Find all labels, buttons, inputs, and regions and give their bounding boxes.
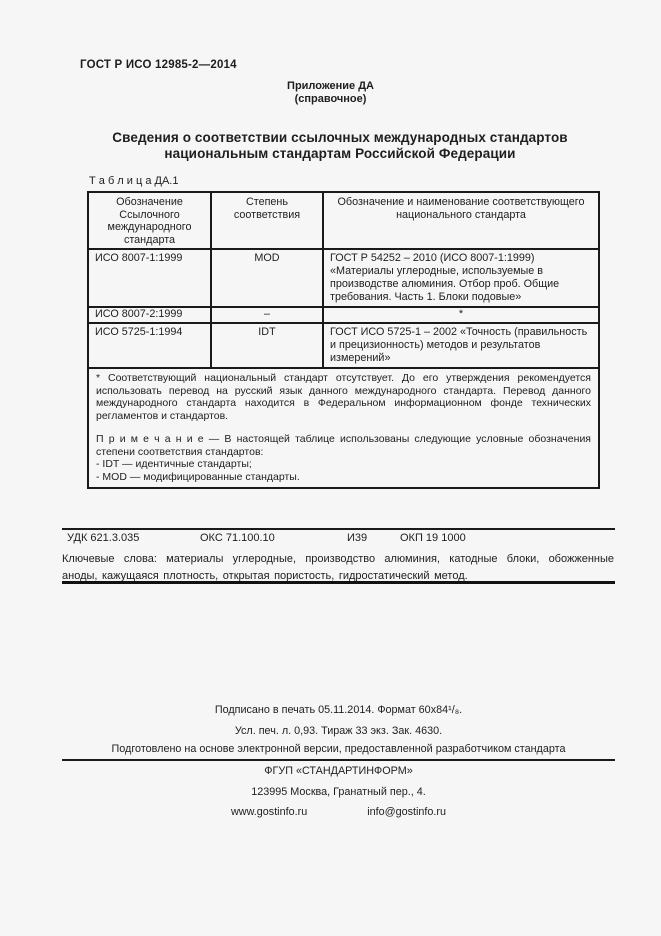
izd-code: И39 <box>347 532 367 544</box>
note-item-mod: - MOD — модифицированные стандарты. <box>96 471 591 484</box>
cell-intl-standard: ИСО 5725-1:1994 <box>88 323 211 368</box>
note-item-idt: - IDT — идентичные стандарты; <box>96 458 591 471</box>
table-row: ИСО 5725-1:1994 IDT ГОСТ ИСО 5725-1 – 20… <box>88 323 599 368</box>
document-page: ГОСТ Р ИСО 12985-2—2014 Приложение ДА (с… <box>0 0 661 936</box>
table-caption: Т а б л и ц а ДА.1 <box>89 175 178 187</box>
table-header-row: Обозначение Ссылочного международного ст… <box>88 192 599 249</box>
imprint-print-info: Подписано в печать 05.11.2014. Формат 60… <box>62 704 615 717</box>
imprint-org: ФГУП «СТАНДАРТИНФОРМ» <box>62 765 615 778</box>
cell-degree: – <box>211 307 323 323</box>
appendix-title: Приложение ДА <box>0 80 661 93</box>
table-footnote-row: * Соответствующий национальный стандарт … <box>88 368 599 488</box>
imprint-address: 123995 Москва, Гранатный пер., 4. <box>62 786 615 799</box>
keywords-text: Ключевые слова: материалы углеродные, пр… <box>62 551 614 584</box>
page-title-line2: национальным стандартам Российской Федер… <box>30 146 650 162</box>
appendix-heading: Приложение ДА (справочное) <box>0 80 661 106</box>
cell-intl-standard: ИСО 8007-2:1999 <box>88 307 211 323</box>
cell-national-standard: ГОСТ Р 54252 – 2010 (ИСО 8007-1:1999) «М… <box>323 249 599 307</box>
classification-codes: УДК 621.3.035 ОКС 71.100.10 И39 ОКП 19 1… <box>0 532 661 546</box>
doc-code: ГОСТ Р ИСО 12985-2—2014 <box>80 59 237 71</box>
oks-code: ОКС 71.100.10 <box>200 532 275 544</box>
cell-national-standard: ГОСТ ИСО 5725-1 – 2002 «Точность (правил… <box>323 323 599 368</box>
note-text: П р и м е ч а н и е — В настоящей таблиц… <box>96 433 591 458</box>
imprint-divider <box>62 759 615 761</box>
imprint-source-info: Подготовлено на основе электронной верси… <box>62 743 615 756</box>
page-title-line1: Сведения о соответствии ссылочных междун… <box>30 130 650 146</box>
table-row: ИСО 8007-1:1999 MOD ГОСТ Р 54252 – 2010 … <box>88 249 599 307</box>
imprint-contacts: www.gostinfo.ru info@gostinfo.ru <box>62 806 615 819</box>
column-header-degree: Степень соответствия <box>211 192 323 249</box>
appendix-subtitle: (справочное) <box>0 93 661 106</box>
cell-degree: MOD <box>211 249 323 307</box>
udk-code: УДК 621.3.035 <box>67 532 139 544</box>
table-row: ИСО 8007-2:1999 – * <box>88 307 599 323</box>
page-title: Сведения о соответствии ссылочных междун… <box>30 130 650 162</box>
okp-code: ОКП 19 1000 <box>400 532 466 544</box>
imprint-block: Подписано в печать 05.11.2014. Формат 60… <box>62 704 615 819</box>
table-footnote-cell: * Соответствующий национальный стандарт … <box>88 368 599 488</box>
column-header-national-standard: Обозначение и наименование соответствующ… <box>323 192 599 249</box>
cell-intl-standard: ИСО 8007-1:1999 <box>88 249 211 307</box>
imprint-website: www.gostinfo.ru <box>231 806 307 819</box>
imprint-press-info: Усл. печ. л. 0,93. Тираж 33 экз. Зак. 46… <box>62 725 615 738</box>
imprint-email: info@gostinfo.ru <box>367 806 446 819</box>
column-header-intl-standard: Обозначение Ссылочного международного ст… <box>88 192 211 249</box>
correspondence-table: Обозначение Ссылочного международного ст… <box>87 191 600 489</box>
divider-thin <box>62 528 615 530</box>
cell-degree: IDT <box>211 323 323 368</box>
divider-thick <box>62 581 615 584</box>
footnote-text: * Соответствующий национальный стандарт … <box>96 372 591 422</box>
cell-national-standard: * <box>323 307 599 323</box>
